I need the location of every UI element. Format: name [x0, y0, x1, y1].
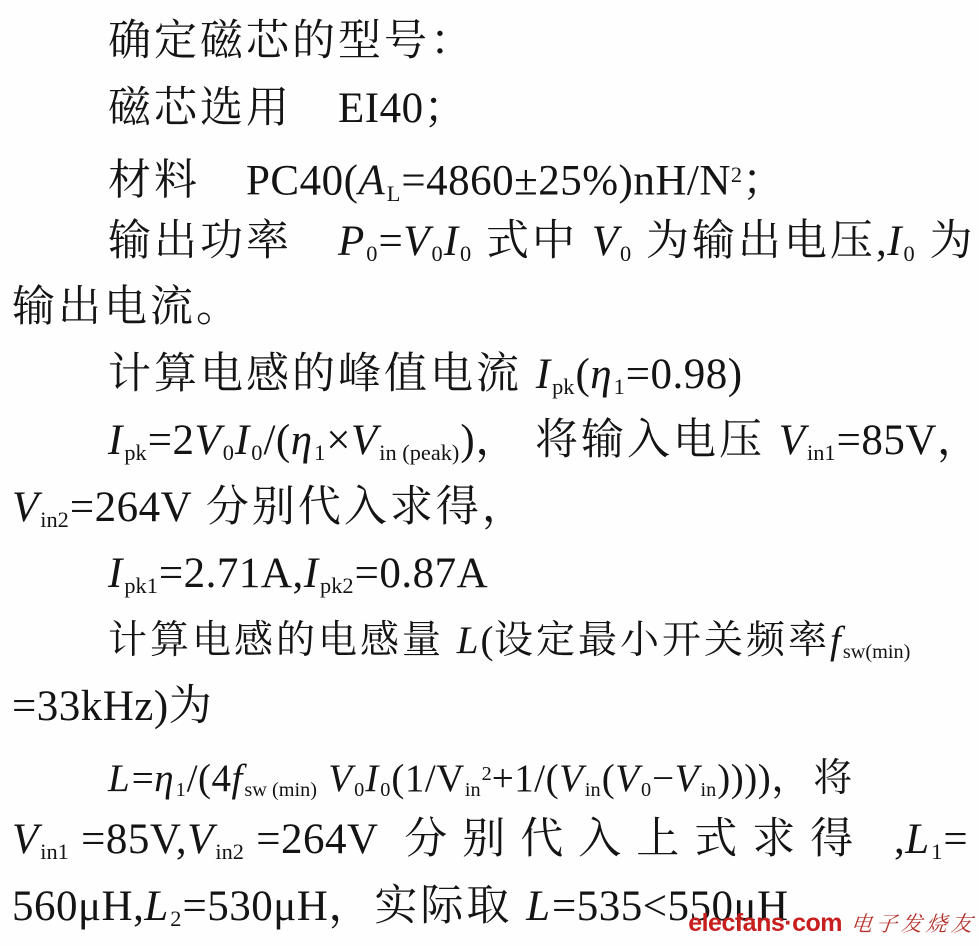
text-line: Vin1 =85V,Vin2 =264V 分别代入上式求得 ,L1=: [12, 807, 979, 874]
text-segment: =2.71A: [159, 550, 293, 597]
text-segment: ,: [133, 883, 144, 930]
text-line: 磁芯选用 EI40；: [12, 76, 979, 143]
text-segment: in: [585, 779, 602, 801]
text-segment: V: [615, 757, 641, 800]
text-segment: η: [590, 351, 613, 398]
text-segment: =: [378, 218, 403, 265]
text-segment: I: [235, 417, 251, 464]
text-line: =33kHz)为: [12, 674, 979, 741]
text-line: Ipk=2V0I0/(η1×Vin (peak))， 将输入电压 Vin1=85…: [12, 408, 979, 475]
text-segment: 分别代入上式求得: [379, 816, 895, 863]
text-segment: 1: [176, 779, 187, 801]
text-segment: I: [365, 757, 380, 800]
text-segment: in: [465, 779, 482, 801]
text-segment: V: [559, 757, 585, 800]
text-segment: )))): [717, 757, 771, 800]
text-segment: 输出功率: [108, 218, 338, 265]
text-segment: 0: [904, 241, 916, 266]
text-segment: ；: [742, 157, 788, 204]
text-segment: I: [887, 218, 903, 265]
text-segment: −: [652, 757, 675, 800]
text-segment: 为输出电压: [632, 218, 876, 265]
text-segment: EI40: [338, 85, 424, 132]
text-segment: =264V: [70, 484, 192, 531]
text-segment: 0: [460, 241, 472, 266]
text-segment: pk: [552, 374, 575, 399]
text-segment: /(4: [187, 757, 232, 800]
text-segment: 分别代入求得，: [192, 484, 528, 531]
text-segment: pk: [124, 440, 147, 465]
text-line: 计算电感的电感量 L(设定最小开关频率fsw(min): [12, 608, 979, 675]
text-segment: =0.87A: [355, 550, 489, 597]
text-segment: 2: [482, 763, 492, 785]
text-segment: I: [108, 417, 124, 464]
text-segment: V: [779, 417, 807, 464]
text-segment: f: [830, 619, 843, 662]
text-segment: V: [675, 757, 701, 800]
text-segment: (: [575, 351, 590, 398]
text-segment: =530μH: [182, 883, 328, 930]
text-segment: 为: [169, 683, 215, 730]
watermark: elecfans·com电子发烧友: [688, 896, 976, 939]
text-segment: ,: [292, 550, 303, 597]
text-segment: 0: [620, 241, 632, 266]
text-segment: [318, 757, 328, 800]
text-segment: 0: [380, 779, 391, 801]
text-segment: ，将: [771, 757, 855, 800]
text-segment: in1: [807, 440, 837, 465]
text-segment: L: [905, 816, 931, 863]
text-segment: 0: [641, 779, 652, 801]
text-segment: ,: [176, 816, 187, 863]
text-segment: 材料: [108, 157, 246, 204]
text-segment: I: [108, 550, 124, 597]
text-line: Vin2=264V 分别代入求得，: [12, 475, 979, 542]
text-segment: 0: [432, 241, 444, 266]
text-segment: I: [444, 218, 460, 265]
text-segment: in: [700, 779, 717, 801]
text-segment: 计算电感的电感量: [108, 619, 457, 662]
text-segment: pk2: [320, 573, 355, 598]
watermark-brand-logo: elecfans·com: [688, 909, 842, 937]
text-segment: 设定最小开关频率: [494, 619, 830, 662]
text-segment: V: [592, 218, 620, 265]
text-segment: =0.98): [626, 351, 743, 398]
text-segment: =: [943, 816, 968, 863]
text-segment: (: [602, 757, 616, 800]
text-segment: ，: [937, 417, 979, 464]
text-segment: I: [304, 550, 320, 597]
text-segment: 1: [314, 440, 326, 465]
text-segment: (1/V: [391, 757, 465, 800]
text-segment: η: [291, 417, 314, 464]
text-segment: ,: [876, 218, 887, 265]
text-segment: 1: [931, 839, 943, 864]
text-segment: sw (min): [244, 779, 318, 801]
text-segment: 磁芯选用: [108, 85, 338, 132]
text-segment: 式中: [472, 218, 592, 265]
text-line: L=η1/(4fsw (min) V0I0(1/Vin2+1/(Vin(V0−V…: [12, 741, 979, 808]
text-segment: in1: [40, 839, 70, 864]
text-segment: V: [187, 816, 215, 863]
text-segment: V: [12, 484, 40, 531]
text-segment: I: [536, 351, 552, 398]
text-line: 输出电流。: [12, 275, 979, 342]
text-segment: 0: [354, 779, 365, 801]
text-segment: =85V: [837, 417, 937, 464]
text-segment: V: [403, 218, 431, 265]
text-segment: P: [338, 218, 366, 265]
text-segment: in2: [40, 507, 70, 532]
text-segment: ，实际取: [328, 883, 526, 930]
text-segment: 0: [251, 440, 263, 465]
text-segment: in (peak): [379, 440, 460, 465]
watermark-chinese-text: 电子发烧友: [850, 914, 977, 935]
text-segment: sw(min): [843, 641, 912, 663]
text-segment: 2: [170, 906, 182, 931]
text-segment: 0: [223, 440, 235, 465]
text-segment: ， 将输入电压: [475, 417, 779, 464]
text-segment: V: [328, 757, 354, 800]
scanned-document-page: 确定磁芯的型号：磁芯选用 EI40；材料 PC40(AL=4860±25%)nH…: [0, 0, 979, 946]
text-line: 计算电感的峰值电流 Ipk(η1=0.98): [12, 342, 979, 409]
text-line: 确定磁芯的型号：: [12, 9, 979, 76]
text-segment: =85V: [70, 816, 176, 863]
text-segment: ；: [424, 85, 470, 132]
text-segment: V: [351, 417, 379, 464]
text-segment: PC40(: [246, 157, 358, 204]
text-segment: L: [387, 181, 402, 206]
text-segment: /(: [263, 417, 290, 464]
text-segment: V: [12, 816, 40, 863]
text-line: 输出功率 P0=V0I0 式中 V0 为输出电压,I0 为: [12, 209, 979, 276]
text-segment: 确定磁芯的型号：: [108, 18, 476, 65]
text-segment: ×: [326, 417, 351, 464]
text-segment: 输出电流。: [12, 284, 242, 331]
text-segment: (: [480, 619, 494, 662]
text-segment: ,: [894, 816, 905, 863]
text-segment: A: [358, 157, 386, 204]
text-segment: =: [132, 757, 155, 800]
text-segment: L: [526, 883, 552, 930]
text-segment: L: [457, 619, 481, 662]
text-segment: in2: [215, 839, 245, 864]
text-segment: 为: [916, 218, 976, 265]
text-segment: 1: [614, 374, 626, 399]
text-segment: η: [154, 757, 175, 800]
text-segment: 560μH: [12, 883, 133, 930]
text-line: Ipk1=2.71A,Ipk2=0.87A: [12, 541, 979, 608]
text-line: 材料 PC40(AL=4860±25%)nH/N2；: [12, 142, 979, 209]
text-segment: V: [194, 417, 222, 464]
text-segment: ): [460, 417, 475, 464]
text-segment: =2: [148, 417, 195, 464]
text-segment: 0: [366, 241, 378, 266]
text-segment: 计算电感的峰值电流: [108, 351, 536, 398]
text-segment: L: [108, 757, 132, 800]
text-segment: 2: [731, 162, 742, 187]
text-segment: =264V: [245, 816, 379, 863]
text-segment: L: [144, 883, 170, 930]
text-segment: pk1: [124, 573, 159, 598]
text-segment: =33kHz): [12, 683, 169, 730]
document-body: 确定磁芯的型号：磁芯选用 EI40；材料 PC40(AL=4860±25%)nH…: [0, 9, 979, 940]
text-segment: f: [232, 757, 245, 800]
text-segment: =4860±25%)nH/N: [401, 157, 731, 204]
text-segment: +1/(: [492, 757, 559, 800]
